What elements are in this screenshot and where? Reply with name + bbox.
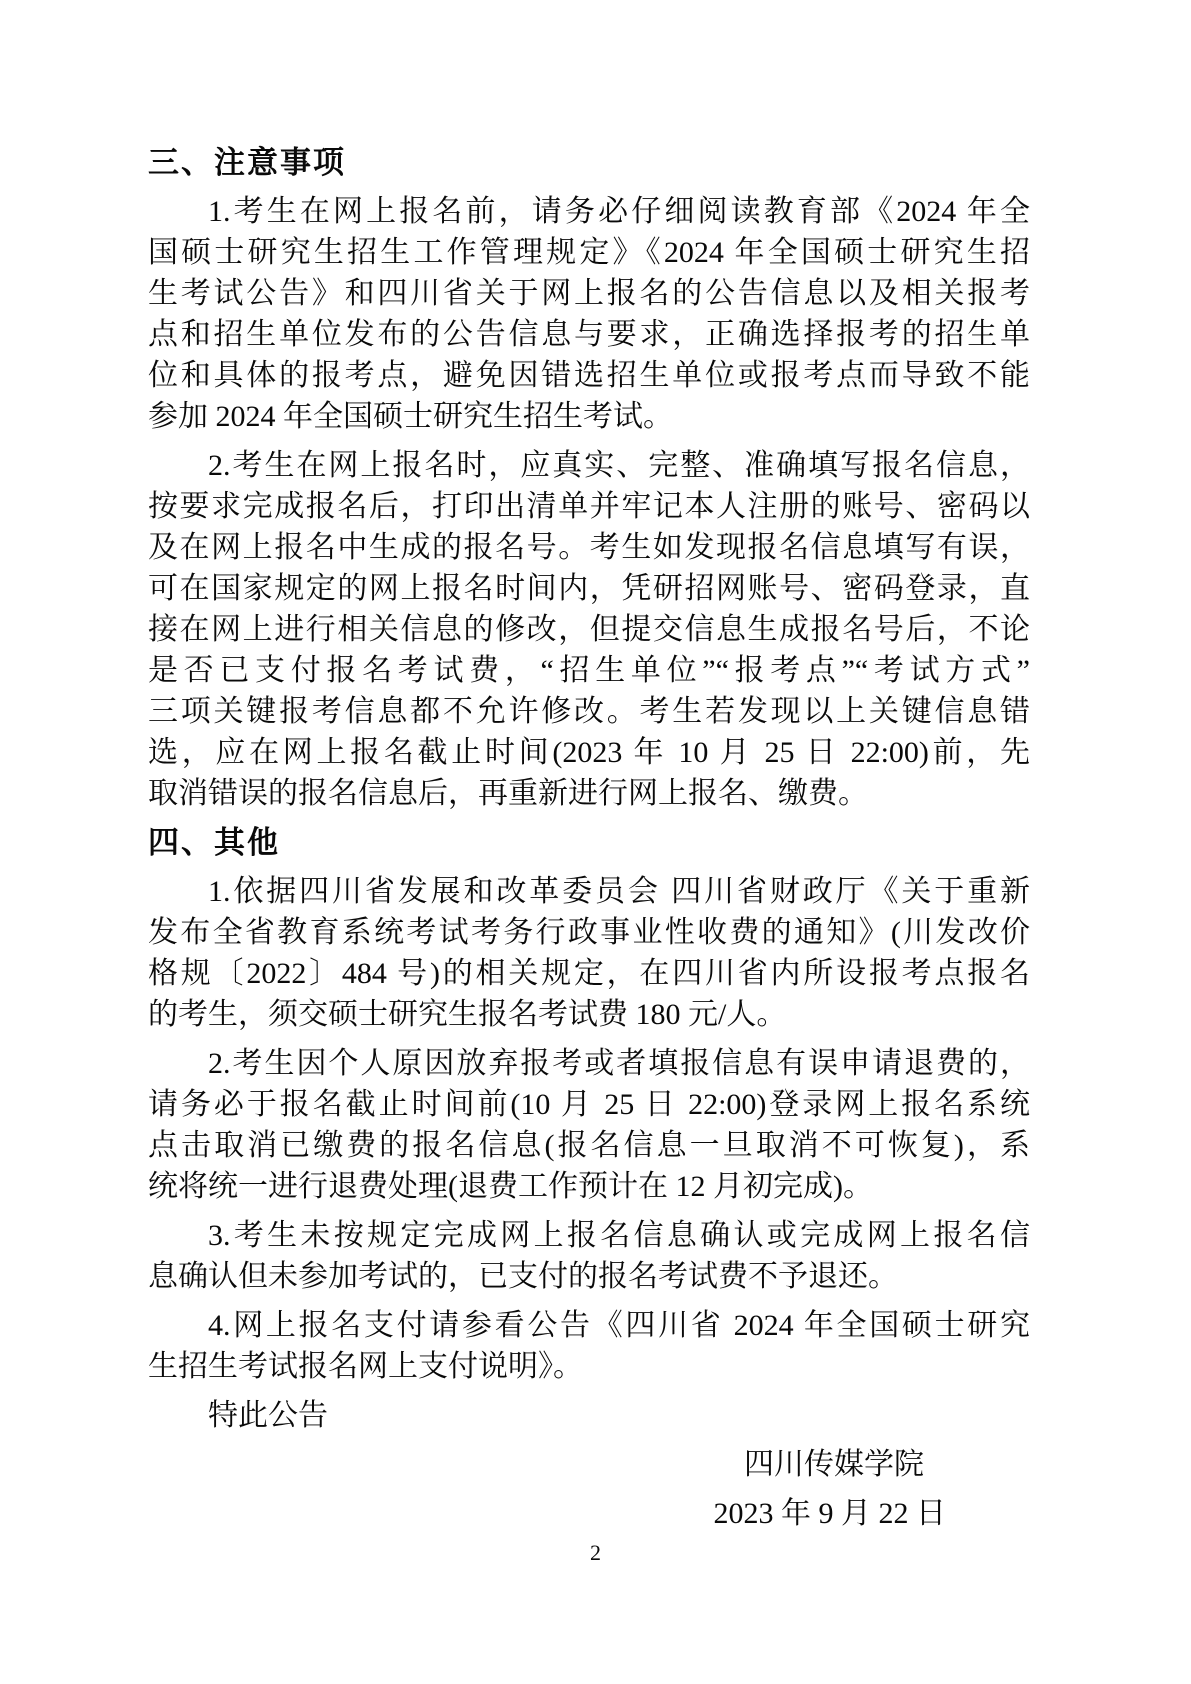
text-line: 的考生，须交硕士研究生报名考试费 180 元/人。: [148, 994, 1030, 1035]
text-line: 生考试公告》和四川省关于网上报名的公告信息以及相关报考: [148, 273, 1030, 314]
text-line: 点击取消已缴费的报名信息(报名信息一旦取消不可恢复)，系: [148, 1125, 1030, 1166]
text-line: 取消错误的报名信息后，再重新进行网上报名、缴费。: [148, 773, 1030, 814]
text-line: 按要求完成报名后，打印出清单并牢记本人注册的账号、密码以: [148, 486, 1030, 527]
text-line: 统将统一进行退费处理(退费工作预计在 12 月初完成)。: [148, 1166, 1030, 1207]
text-line: 选，应在网上报名截止时间(2023 年 10 月 25 日 22:00)前，先: [148, 732, 1030, 773]
paragraph: 3.考生未按规定完成网上报名信息确认或完成网上报名信 息确认但未参加考试的，已支…: [148, 1215, 1030, 1297]
paragraph: 2.考生在网上报名时，应真实、完整、准确填写报名信息， 按要求完成报名后，打印出…: [148, 445, 1030, 814]
text-line: 2.考生在网上报名时，应真实、完整、准确填写报名信息，: [148, 445, 1030, 486]
signature-date: 2023 年 9 月 22 日: [148, 1493, 1030, 1534]
text-line: 是否已支付报名考试费，“招生单位”“报考点”“考试方式”: [148, 650, 1030, 691]
text-line: 格规〔2022〕484 号)的相关规定，在四川省内所设报考点报名: [148, 953, 1030, 994]
text-line: 4.网上报名支付请参看公告《四川省 2024 年全国硕士研究: [148, 1305, 1030, 1346]
document-content: 三、注意事项 1.考生在网上报名前，请务必仔细阅读教育部《2024 年全 国硕士…: [148, 142, 1030, 1534]
text-line: 生招生考试报名网上支付说明》。: [148, 1346, 1030, 1387]
paragraph: 1.考生在网上报名前，请务必仔细阅读教育部《2024 年全 国硕士研究生招生工作…: [148, 191, 1030, 437]
text-line: 及在网上报名中生成的报名号。考生如发现报名信息填写有误，: [148, 527, 1030, 568]
text-line: 国硕士研究生招生工作管理规定》《2024 年全国硕士研究生招: [148, 232, 1030, 273]
text-line: 请务必于报名截止时间前(10 月 25 日 22:00)登录网上报名系统: [148, 1084, 1030, 1125]
text-line: 3.考生未按规定完成网上报名信息确认或完成网上报名信: [148, 1215, 1030, 1256]
text-line: 可在国家规定的网上报名时间内，凭研招网账号、密码登录，直: [148, 568, 1030, 609]
text-line: 参加 2024 年全国硕士研究生招生考试。: [148, 396, 1030, 437]
section-3-heading: 三、注意事项: [148, 142, 1030, 183]
text-line: 1.依据四川省发展和改革委员会 四川省财政厅《关于重新: [148, 871, 1030, 912]
paragraph: 1.依据四川省发展和改革委员会 四川省财政厅《关于重新 发布全省教育系统考试考务…: [148, 871, 1030, 1035]
paragraph: 4.网上报名支付请参看公告《四川省 2024 年全国硕士研究 生招生考试报名网上…: [148, 1305, 1030, 1387]
signature-organization: 四川传媒学院: [148, 1444, 1030, 1485]
paragraph: 2.考生因个人原因放弃报考或者填报信息有误申请退费的， 请务必于报名截止时间前(…: [148, 1043, 1030, 1207]
section-4-heading: 四、其他: [148, 822, 1030, 863]
text-line: 点和招生单位发布的公告信息与要求，正确选择报考的招生单: [148, 314, 1030, 355]
document-page: 三、注意事项 1.考生在网上报名前，请务必仔细阅读教育部《2024 年全 国硕士…: [0, 0, 1191, 1684]
text-line: 位和具体的报考点，避免因错选招生单位或报考点而导致不能: [148, 355, 1030, 396]
page-number: 2: [0, 1540, 1191, 1566]
text-line: 1.考生在网上报名前，请务必仔细阅读教育部《2024 年全: [148, 191, 1030, 232]
text-line: 息确认但未参加考试的，已支付的报名考试费不予退还。: [148, 1256, 1030, 1297]
text-line: 2.考生因个人原因放弃报考或者填报信息有误申请退费的，: [148, 1043, 1030, 1084]
text-line: 发布全省教育系统考试考务行政事业性收费的通知》(川发改价: [148, 912, 1030, 953]
text-line: 接在网上进行相关信息的修改，但提交信息生成报名号后，不论: [148, 609, 1030, 650]
text-line: 特此公告: [148, 1395, 1030, 1436]
text-line: 三项关键报考信息都不允许修改。考生若发现以上关键信息错: [148, 691, 1030, 732]
closing-statement: 特此公告: [148, 1395, 1030, 1436]
